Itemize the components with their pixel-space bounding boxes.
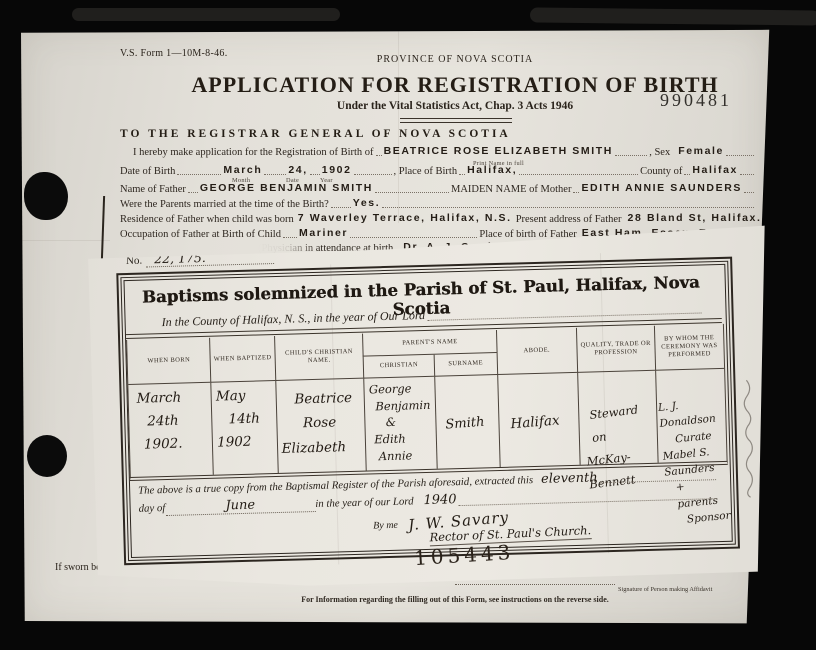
dotted-leader: [573, 184, 579, 193]
mother-maiden-value: EDITH ANNIE SAUNDERS: [581, 182, 742, 194]
handwriting: &: [370, 413, 434, 431]
col-header-profession: QUALITY, TRADE OR PROFESSION: [576, 326, 655, 373]
father-name-label: Name of Father: [120, 184, 186, 195]
cell-parents-christian: George Benjamin & Edith Annie: [364, 377, 437, 471]
handwriting: March: [136, 386, 209, 411]
parents-married-label: Were the Parents married at the time of …: [120, 199, 329, 210]
col-header-by-whom: BY WHOM THE CEREMONY WAS PERFORMED: [654, 324, 724, 371]
day-of-label: day of: [139, 502, 166, 515]
cell-surname: Smith: [434, 375, 500, 469]
dotted-leader: [375, 184, 449, 193]
father-name-value: GEORGE BENJAMIN SMITH: [200, 182, 373, 194]
handwriting: Halifax: [501, 374, 578, 432]
date-of-birth-label: Date of Birth: [120, 166, 175, 177]
dotted-leader: [382, 199, 754, 208]
year-of-lord-label: in the year of our Lord: [315, 495, 414, 510]
scanned-document: V.S. Form 1—10M-8-46. PROVINCE OF NOVA S…: [0, 0, 816, 650]
handwriting: Elizabeth: [281, 434, 363, 461]
handwriting: Edith: [370, 430, 434, 448]
child-name-value: BEATRICE ROSE ELIZABETH SMITH: [384, 145, 613, 157]
cell-abode: Halifax: [497, 373, 579, 467]
cell-when-baptized: May 14th 1902: [211, 381, 278, 475]
handwriting: Annie: [371, 446, 435, 464]
pen-stroke-mark: [101, 196, 105, 260]
col-header-christian: CHRISTIAN: [363, 355, 434, 379]
handwriting: May: [216, 384, 274, 408]
affidavit-signature-caption: Signature of Person making Affidavit: [618, 586, 712, 593]
dotted-leader: [350, 229, 477, 238]
year-value: 1940: [423, 492, 456, 508]
birth-year-value: 1902: [322, 164, 352, 176]
occupation-label: Occupation of Father at Birth of Child: [120, 229, 281, 240]
handwriting: 24th: [137, 409, 210, 434]
county-value: Halifax: [692, 164, 738, 176]
dotted-leader: [354, 166, 392, 175]
handwriting: Rose: [281, 410, 363, 437]
handwriting: 14th: [216, 407, 274, 431]
mother-maiden-label: MAIDEN NAME of Mother: [451, 184, 571, 195]
dotted-leader: [519, 166, 638, 175]
handwriting: L. J. Donaldson: [657, 394, 722, 432]
cell-by-whom: L. J. Donaldson Curate Mabel S. Saunders…: [655, 369, 727, 463]
place-of-birth-value: Halifax,: [467, 164, 517, 176]
col-header-childs-name: CHILD'S CHRISTIAN NAME.: [274, 334, 364, 381]
punch-hole: [27, 435, 67, 477]
baptism-register-table: WHEN BORN WHEN BAPTIZED CHILD'S CHRISTIA…: [126, 324, 728, 481]
handwriting: Beatrice: [280, 386, 362, 413]
handwriting: Benjamin: [369, 396, 433, 414]
dotted-leader: [188, 184, 198, 193]
dotted-leader: [726, 147, 754, 156]
dotted-leader: [459, 166, 465, 175]
county-label: County of: [640, 166, 682, 177]
application-prefix: I hereby make application for the Regist…: [133, 147, 374, 158]
province-heading: PROVINCE OF NOVA SCOTIA: [148, 54, 762, 65]
birth-month-value: March: [223, 164, 262, 176]
handwriting: 1902.: [138, 432, 211, 457]
col-header-when-born: WHEN BORN: [127, 338, 210, 385]
scan-artifact: [72, 8, 340, 21]
sex-value: Female: [678, 145, 724, 157]
place-of-birth-label: , Place of Birth: [394, 166, 458, 177]
registry-number: 105443: [413, 540, 515, 570]
parents-married-value: Yes.: [353, 197, 380, 209]
scan-artifact: [530, 7, 816, 25]
handwriting: Steward on: [580, 397, 656, 451]
cell-childs-name: Beatrice Rose Elizabeth: [275, 379, 366, 473]
dotted-leader: [684, 166, 690, 175]
dotted-leader: [177, 166, 221, 175]
addressee-line: TO THE REGISTRAR GENERAL OF NOVA SCOTIA: [120, 128, 511, 140]
dotted-leader: [264, 166, 286, 175]
baptismal-certificate-paper: No. 22, 175. Baptisms solemnized in the …: [84, 222, 766, 590]
residence-value: 7 Waverley Terrace, Halifax, N.S.: [298, 212, 512, 224]
certificate-content: No. 22, 175. Baptisms solemnized in the …: [79, 213, 771, 599]
marginalia-script: [739, 378, 756, 498]
dotted-leader: [283, 229, 297, 238]
divider-rule: [400, 118, 512, 123]
form-instructions: For Information regarding the filling ou…: [148, 595, 762, 604]
handwriting: George: [369, 380, 433, 398]
birth-day-value: 24,: [288, 164, 307, 176]
dotted-leader: [615, 147, 647, 156]
occupation-value: Mariner: [299, 227, 348, 239]
cell-profession: Steward on McKay-Bennett: [577, 371, 658, 465]
dotted-leader: [740, 166, 754, 175]
extracted-day-value: eleventh: [541, 470, 598, 487]
cell-when-born: March 24th 1902.: [128, 383, 213, 477]
paper-crease: [18, 240, 110, 241]
punch-hole: [24, 172, 68, 220]
by-me-label: By me: [373, 520, 398, 532]
present-address-label: Present address of Father: [516, 214, 622, 225]
residence-label: Residence of Father when child was born: [120, 214, 294, 225]
sex-label: , Sex: [649, 147, 670, 158]
dotted-leader: [600, 471, 717, 483]
father-birthplace-label: Place of birth of Father: [479, 229, 576, 240]
dotted-leader: [376, 147, 382, 156]
present-address-value: 28 Bland St, Halifax.: [628, 212, 762, 224]
handwriting: Smith: [438, 377, 498, 434]
dotted-leader: [744, 184, 754, 193]
dotted-leader: [310, 166, 320, 175]
col-header-abode: ABODE.: [496, 328, 577, 375]
col-header-when-baptized: WHEN BAPTIZED: [209, 336, 275, 383]
handwriting: 1902: [217, 430, 275, 454]
dotted-leader: [331, 199, 351, 208]
serial-number-stamp: 990481: [660, 90, 732, 111]
col-header-surname: SURNAME: [433, 353, 497, 377]
